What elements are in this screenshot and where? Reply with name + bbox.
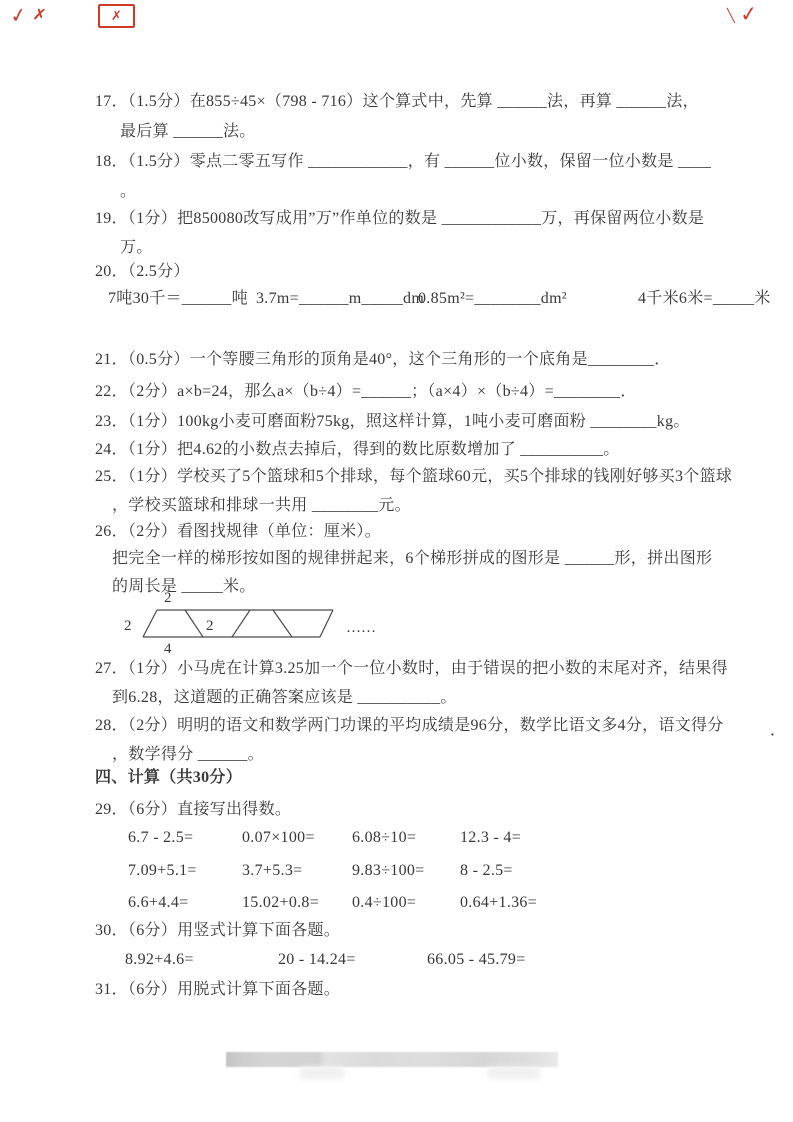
q29-cell: 9.83÷100= — [352, 861, 425, 880]
grading-box-stamp: ✗ — [98, 4, 135, 28]
question-20-header: 20．（2.5分） — [95, 262, 190, 281]
q29-cell: 6.7 - 2.5= — [128, 828, 193, 847]
question-28-line-1: 28．（2分）明明的语文和数学两门功课的平均成绩是96分，数学比语文多4分，语文… — [95, 716, 724, 735]
question-27-line-1: 27．（1分）小马虎在计算3.25加一个一位小数时，由于错误的把小数的末尾对齐，… — [95, 659, 728, 678]
question-26-line-2: 把完全一样的梯形按如图的规律拼起来，6个梯形拼成的图形是 ______形，拼出图… — [112, 549, 712, 568]
question-17-line-2: 最后算 ______法。 — [120, 122, 256, 141]
question-20-item-2: 3.7m=______m_____dm — [256, 289, 424, 308]
q29-cell: 6.08÷10= — [352, 828, 416, 847]
q29-cell: 8 - 2.5= — [460, 861, 513, 880]
exam-paper-page: ✓ ✗ ✗ ╲ ✓ 17．（1.5分）在855÷45×（798 - 716）这个… — [0, 0, 793, 1122]
question-30-title: 30．（6分）用竖式计算下面各题。 — [95, 921, 340, 940]
figure-ellipsis: …… — [346, 620, 376, 636]
question-26-line-1: 26．（2分）看图找规律（单位：厘米）。 — [95, 522, 381, 541]
question-18-line-2: 。 — [120, 182, 136, 201]
question-24-line-1: 24．（1分）把4.62的小数点去掉后，得到的数比原数增加了 _________… — [95, 440, 620, 459]
q29-cell: 12.3 - 4= — [460, 828, 521, 847]
question-20-item-3: 0.85m²=________dm² — [418, 289, 567, 308]
question-19-line-2: 万。 — [120, 238, 153, 257]
question-28-line-2: ，数学得分 ______。 — [112, 745, 264, 764]
question-18-line-1: 18．（1.5分）零点二零五写作 ____________，有 ______位小… — [95, 152, 711, 171]
question-25-line-2: ，学校买篮球和排球一共用 ________元。 — [112, 496, 411, 515]
question-21-line-1: 21．（0.5分）一个等腰三角形的顶角是40°，这个三角形的一个底角是_____… — [95, 350, 671, 369]
figure-label-inner: 2 — [206, 618, 214, 634]
question-17-line-1: 17．（1.5分）在855÷45×（798 - 716）这个算式中，先算 ___… — [95, 92, 699, 111]
question-22-line-1: 22．（2分）a×b=24，那么a×（b÷4）=______；（a×4）×（b÷… — [95, 382, 637, 401]
trapezoid-pattern-figure: 2 2 2 4 …… — [108, 584, 408, 656]
q29-cell: 3.7+5.3= — [242, 861, 302, 880]
q30-item: 8.92+4.6= — [125, 950, 194, 969]
q29-cell: 15.02+0.8= — [242, 893, 319, 912]
blurred-watermark-bar — [226, 1052, 558, 1067]
q29-cell: 0.64+1.36= — [460, 893, 537, 912]
question-28-line-1-tail: ． — [770, 721, 786, 740]
q29-cell: 0.4÷100= — [352, 893, 416, 912]
question-19-line-1: 19．（1分）把850080改写成用”万”作单位的数是 ____________… — [95, 209, 704, 228]
figure-label-top: 2 — [164, 590, 172, 606]
question-23-line-1: 23．（1分）100kg小麦可磨面粉75kg，照这样计算，1吨小麦可磨面粉 __… — [95, 412, 690, 431]
q29-cell: 0.07×100= — [242, 828, 315, 847]
question-25-line-1: 25．（1分）学校买了5个篮球和5个排球，每个篮球60元，买5个排球的钱刚好够买… — [95, 467, 732, 486]
watermark-smudge — [300, 1067, 344, 1079]
question-29-title: 29．（6分）直接写出得数。 — [95, 800, 291, 819]
question-31-title: 31．（6分）用脱式计算下面各题。 — [95, 980, 340, 999]
grading-slash-icon: ╲ — [727, 9, 735, 24]
q29-cell: 7.09+5.1= — [128, 861, 197, 880]
figure-label-left: 2 — [124, 618, 132, 634]
grading-check-icon: ✓ — [8, 2, 29, 29]
watermark-smudge — [488, 1067, 540, 1079]
question-20-item-4: 4千米6米=_____米 — [638, 289, 771, 308]
q30-item: 20 - 14.24= — [278, 950, 356, 969]
question-27-line-2: 到6.28，这道题的正确答案应该是 __________。 — [112, 688, 457, 707]
grading-box-cross-icon: ✗ — [111, 9, 122, 24]
grading-cross-icon: ✗ — [32, 4, 48, 25]
grading-check-right-icon: ✓ — [739, 1, 759, 27]
q29-cell: 6.6+4.4= — [128, 893, 188, 912]
question-20-item-1: 7吨30千＝______吨 — [108, 289, 248, 308]
q30-item: 66.05 - 45.79= — [427, 950, 526, 969]
figure-label-bottom: 4 — [164, 641, 172, 656]
section-4-title: 四、计算（共30分） — [95, 768, 242, 787]
